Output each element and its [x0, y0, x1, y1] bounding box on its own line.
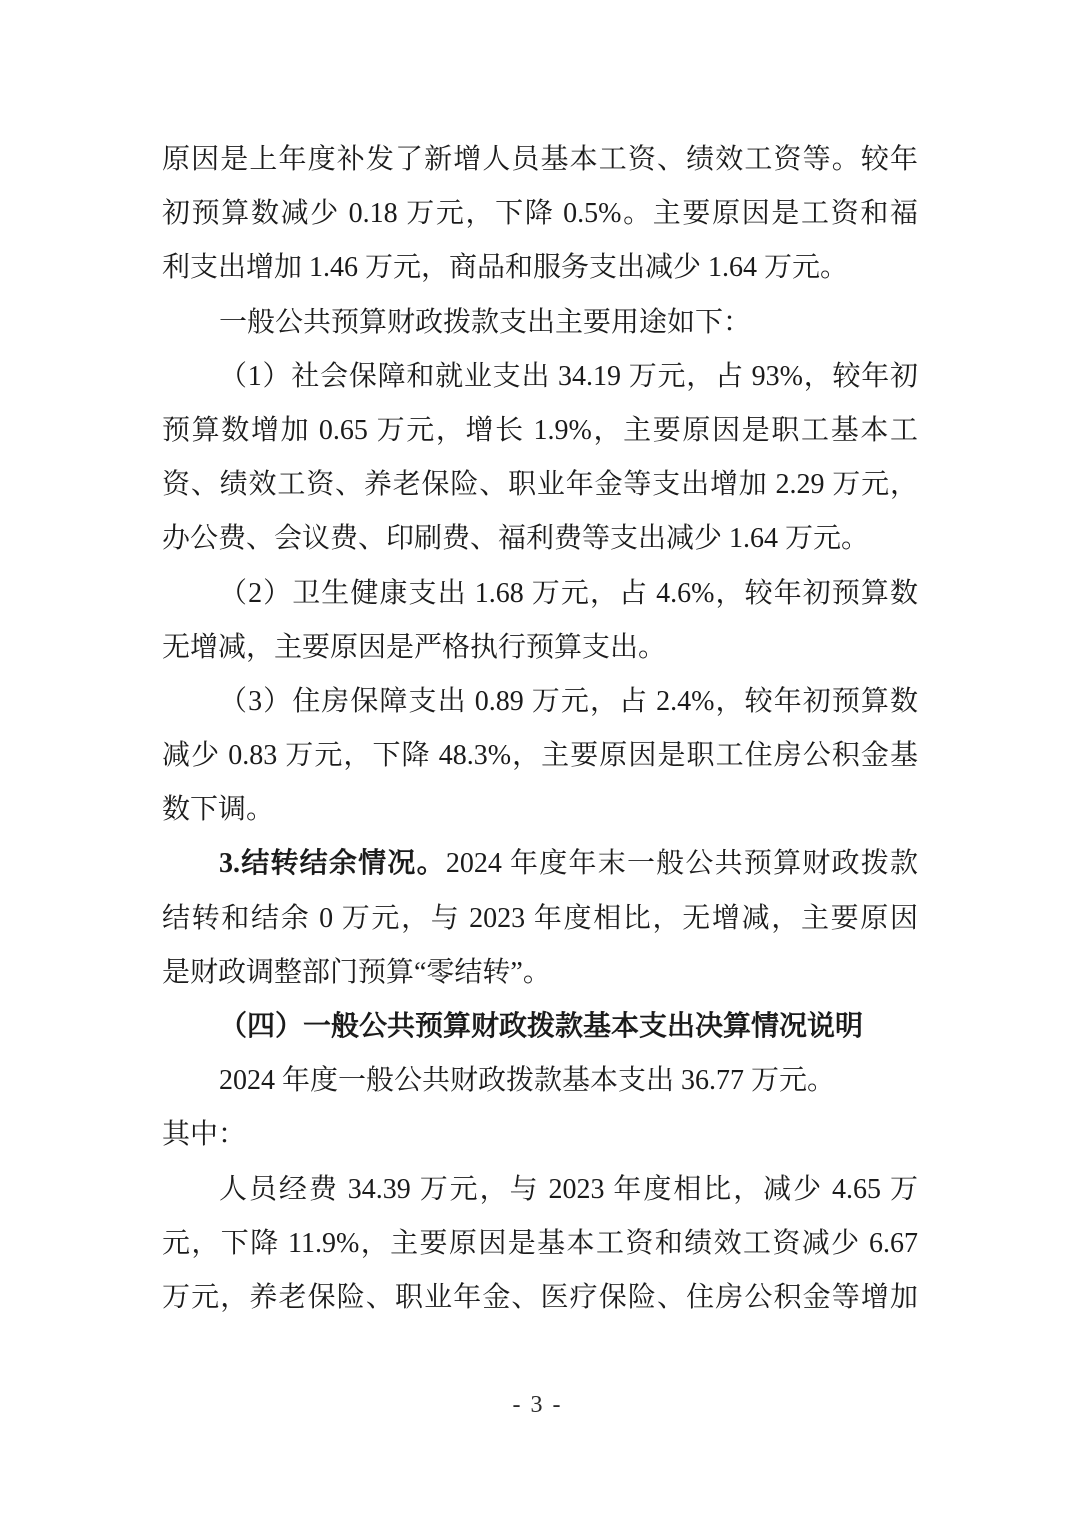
text-line: 万元，养老保险、职业年金、医疗保险、住房公积金等增加 — [162, 1271, 918, 1325]
text-line: 一般公共预算财政拨款支出主要用途如下： — [162, 296, 918, 350]
text-line: 原因是上年度补发了新增人员基本工资、绩效工资等。较年 — [162, 133, 918, 187]
text-line: 利支出增加 1.46 万元，商品和服务支出减少 1.64 万元。 — [162, 241, 918, 295]
text-line: 减少 0.83 万元，下降 48.3%，主要原因是职工住房公积金基 — [162, 729, 918, 783]
bold-run: 3.结转结余情况。 — [219, 848, 446, 879]
text-line: 初预算数减少 0.18 万元，下降 0.5%。主要原因是工资和福 — [162, 187, 918, 241]
page-number: - 3 - — [0, 1392, 1075, 1419]
text-line: 办公费、会议费、印刷费、福利费等支出减少 1.64 万元。 — [162, 512, 918, 566]
document-page: 原因是上年度补发了新增人员基本工资、绩效工资等。较年初预算数减少 0.18 万元… — [0, 0, 1075, 1520]
text-line: 人员经费 34.39 万元，与 2023 年度相比，减少 4.65 万 — [162, 1163, 918, 1217]
text-line: （1）社会保障和就业支出 34.19 万元，占 93%，较年初 — [162, 350, 918, 404]
text-line: 资、绩效工资、养老保险、职业年金等支出增加 2.29 万元， — [162, 458, 918, 512]
text-line: 预算数增加 0.65 万元，增长 1.9%，主要原因是职工基本工 — [162, 404, 918, 458]
text-line: 数下调。 — [162, 783, 918, 837]
text-line: 2024 年度一般公共财政拨款基本支出 36.77 万元。 — [162, 1054, 918, 1108]
document-body: 原因是上年度补发了新增人员基本工资、绩效工资等。较年初预算数减少 0.18 万元… — [162, 133, 918, 1325]
text-line: 无增减，主要原因是严格执行预算支出。 — [162, 621, 918, 675]
text-line: （3）住房保障支出 0.89 万元，占 2.4%，较年初预算数 — [162, 675, 918, 729]
text-line: 是财政调整部门预算“零结转”。 — [162, 946, 918, 1000]
text-line: 3.结转结余情况。2024 年度年末一般公共预算财政拨款 — [162, 837, 918, 891]
text-line: 其中： — [162, 1108, 918, 1162]
text-line: 结转和结余 0 万元，与 2023 年度相比，无增减，主要原因 — [162, 892, 918, 946]
text-line: （四）一般公共预算财政拨款基本支出决算情况说明 — [162, 1000, 918, 1054]
text-line: 元，下降 11.9%，主要原因是基本工资和绩效工资减少 6.67 — [162, 1217, 918, 1271]
text-line: （2）卫生健康支出 1.68 万元，占 4.6%，较年初预算数 — [162, 567, 918, 621]
